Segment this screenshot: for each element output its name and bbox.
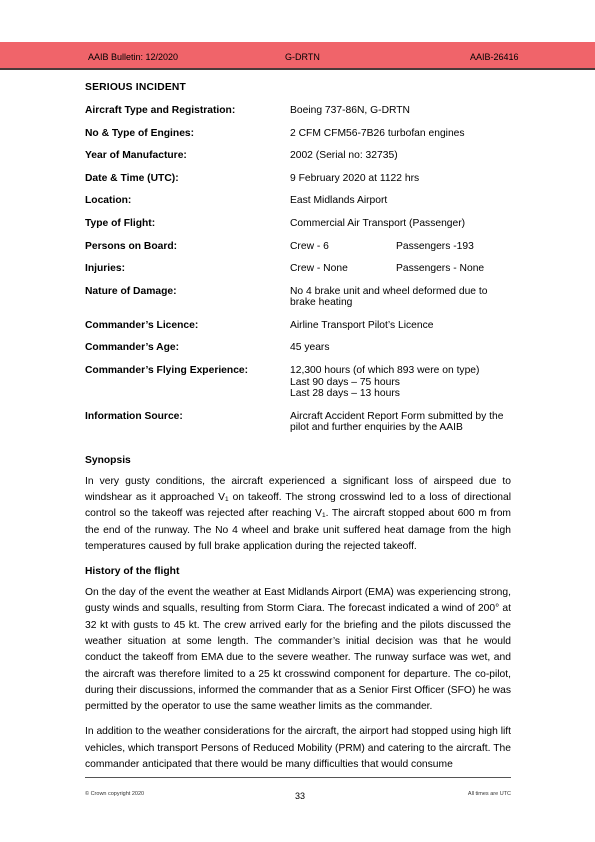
- history-paragraph-2: In addition to the weather consideration…: [85, 724, 511, 773]
- synopsis-heading: Synopsis: [85, 455, 511, 466]
- fact-label: Commander’s Age:: [85, 342, 290, 354]
- fact-value: Aircraft Accident Report Form submitted …: [290, 411, 511, 434]
- page-number: 33: [295, 791, 305, 801]
- report-content: SERIOUS INCIDENT Aircraft Type and Regis…: [85, 82, 511, 773]
- fact-label: Information Source:: [85, 411, 290, 434]
- fact-label: Year of Manufacture:: [85, 150, 290, 162]
- fact-row-persons: Persons on Board: Crew - 6 Passengers -1…: [85, 241, 511, 253]
- fact-value: Commercial Air Transport (Passenger): [290, 218, 511, 230]
- fact-value: Boeing 737-86N, G-DRTN: [290, 105, 511, 117]
- bulletin-header-bar: AAIB Bulletin: 12/2020 G-DRTN AAIB-26416: [0, 42, 595, 70]
- aircraft-registration: G-DRTN: [285, 52, 320, 62]
- history-paragraph-1: On the day of the event the weather at E…: [85, 585, 511, 715]
- fact-label: Location:: [85, 195, 290, 207]
- fact-label: Date & Time (UTC):: [85, 173, 290, 185]
- incident-category: SERIOUS INCIDENT: [85, 82, 511, 95]
- fact-value: No 4 brake unit and wheel deformed due t…: [290, 286, 511, 309]
- experience-28-days: Last 28 days – 13 hours: [290, 388, 511, 400]
- fact-label: Type of Flight:: [85, 218, 290, 230]
- fact-label: Aircraft Type and Registration:: [85, 105, 290, 117]
- fact-row-location: Location: East Midlands Airport: [85, 195, 511, 207]
- fact-row-aircraft: Aircraft Type and Registration: Boeing 7…: [85, 105, 511, 117]
- crew-injuries: Crew - None: [290, 263, 396, 275]
- fact-row-age: Commander’s Age: 45 years: [85, 342, 511, 354]
- fact-row-licence: Commander’s Licence: Airline Transport P…: [85, 320, 511, 332]
- fact-label: Commander’s Flying Experience:: [85, 365, 290, 400]
- fact-row-engines: No & Type of Engines: 2 CFM CFM56-7B26 t…: [85, 128, 511, 140]
- fact-row-damage: Nature of Damage: No 4 brake unit and wh…: [85, 286, 511, 309]
- fact-label: Injuries:: [85, 263, 290, 275]
- fact-value: Airline Transport Pilot’s Licence: [290, 320, 511, 332]
- fact-row-injuries: Injuries: Crew - None Passengers - None: [85, 263, 511, 275]
- footer-divider: [85, 777, 511, 778]
- experience-total: 12,300 hours (of which 893 were on type): [290, 365, 511, 377]
- fact-value: 9 February 2020 at 1122 hrs: [290, 173, 511, 185]
- crew-count: Crew - 6: [290, 241, 396, 253]
- fact-row-source: Information Source: Aircraft Accident Re…: [85, 411, 511, 434]
- fact-value: East Midlands Airport: [290, 195, 511, 207]
- fact-row-experience: Commander’s Flying Experience: 12,300 ho…: [85, 365, 511, 400]
- fact-label: No & Type of Engines:: [85, 128, 290, 140]
- fact-value: 2 CFM CFM56-7B26 turbofan engines: [290, 128, 511, 140]
- fact-value: Crew - None Passengers - None: [290, 263, 511, 275]
- bulletin-number: AAIB Bulletin: 12/2020: [88, 52, 178, 62]
- times-note: All times are UTC: [468, 791, 511, 797]
- fact-row-year: Year of Manufacture: 2002 (Serial no: 32…: [85, 150, 511, 162]
- fact-label: Nature of Damage:: [85, 286, 290, 309]
- copyright-notice: © Crown copyright 2020: [85, 791, 144, 797]
- passenger-count: Passengers -193: [396, 241, 474, 253]
- fact-label: Commander’s Licence:: [85, 320, 290, 332]
- passenger-injuries: Passengers - None: [396, 263, 484, 275]
- facts-table: Aircraft Type and Registration: Boeing 7…: [85, 105, 511, 434]
- report-reference: AAIB-26416: [470, 52, 519, 62]
- fact-value: 45 years: [290, 342, 511, 354]
- experience-90-days: Last 90 days – 75 hours: [290, 377, 511, 389]
- synopsis-paragraph: In very gusty conditions, the aircraft e…: [85, 474, 511, 555]
- fact-row-datetime: Date & Time (UTC): 9 February 2020 at 11…: [85, 173, 511, 185]
- history-heading: History of the flight: [85, 566, 511, 577]
- fact-value: 2002 (Serial no: 32735): [290, 150, 511, 162]
- fact-value: Crew - 6 Passengers -193: [290, 241, 511, 253]
- fact-label: Persons on Board:: [85, 241, 290, 253]
- fact-value: 12,300 hours (of which 893 were on type)…: [290, 365, 511, 400]
- fact-row-flight-type: Type of Flight: Commercial Air Transport…: [85, 218, 511, 230]
